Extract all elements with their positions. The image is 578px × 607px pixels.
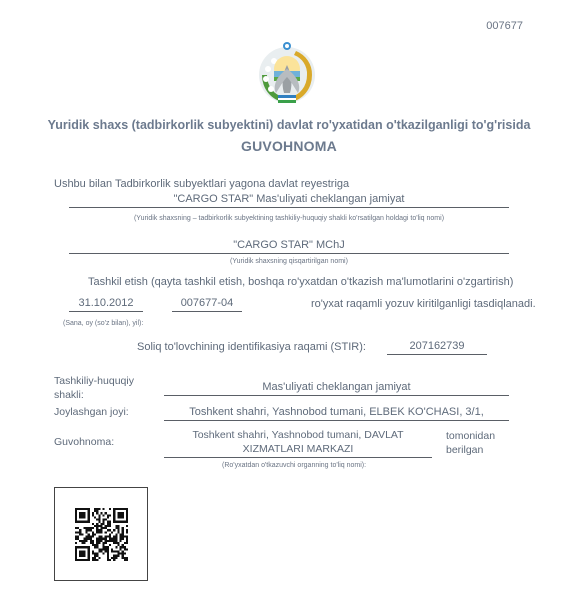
issuer-label: Guvohnoma: xyxy=(54,436,114,448)
stir-label: Soliq to'lovchining identifikasiya raqam… xyxy=(137,341,366,353)
record-number-field: 007677-04 xyxy=(172,297,242,312)
legal-form-value: Mas'uliyati cheklangan jamiyat xyxy=(164,381,509,396)
issuer-value: Toshkent shahri, Yashnobod tumani, DAVLA… xyxy=(164,428,432,458)
certificate-title: GUVOHNOMA xyxy=(0,138,578,154)
action-text: Tashkil etish (qayta tashkil etish, bosh… xyxy=(88,276,513,288)
issuer-suffix: tomonidan berilgan xyxy=(446,429,506,457)
short-name-caption: (Yuridik shaxsning qisqartirilgan nomi) xyxy=(69,258,509,265)
stir-value: 207162739 xyxy=(387,340,487,355)
location-value: Toshkent shahri, Yashnobod tumani, ELBEK… xyxy=(164,406,509,421)
location-label: Joylashgan joyi: xyxy=(54,406,129,418)
full-name-caption: (Yuridik shaxsning – tadbirkorlik subyek… xyxy=(69,215,509,222)
state-emblem-icon xyxy=(254,39,320,105)
issuer-caption: (Ro'yxatdan o'tkazuvchi organning to'liq… xyxy=(222,462,366,469)
qr-code-icon xyxy=(75,508,128,561)
legal-form-label: Tashkiliy-huquqiy shakli: xyxy=(54,374,144,402)
record-confirm-text: ro'yxat raqamli yozuv kiritilganligi tas… xyxy=(311,298,536,310)
short-name-field: "CARGO STAR" MChJ xyxy=(69,239,509,254)
date-caption: (Sana, oy (so'z bilan), yil): xyxy=(63,320,143,327)
document-number: 007677 xyxy=(486,20,523,32)
date-field: 31.10.2012 xyxy=(69,297,143,312)
certificate-subtitle: Yuridik shaxs (tadbirkorlik subyektini) … xyxy=(0,118,578,132)
qr-code-frame xyxy=(54,487,148,581)
intro-text: Ushbu bilan Tadbirkorlik subyektlari yag… xyxy=(54,178,349,190)
full-name-field: "CARGO STAR" Mas'uliyati cheklangan jami… xyxy=(69,193,509,208)
